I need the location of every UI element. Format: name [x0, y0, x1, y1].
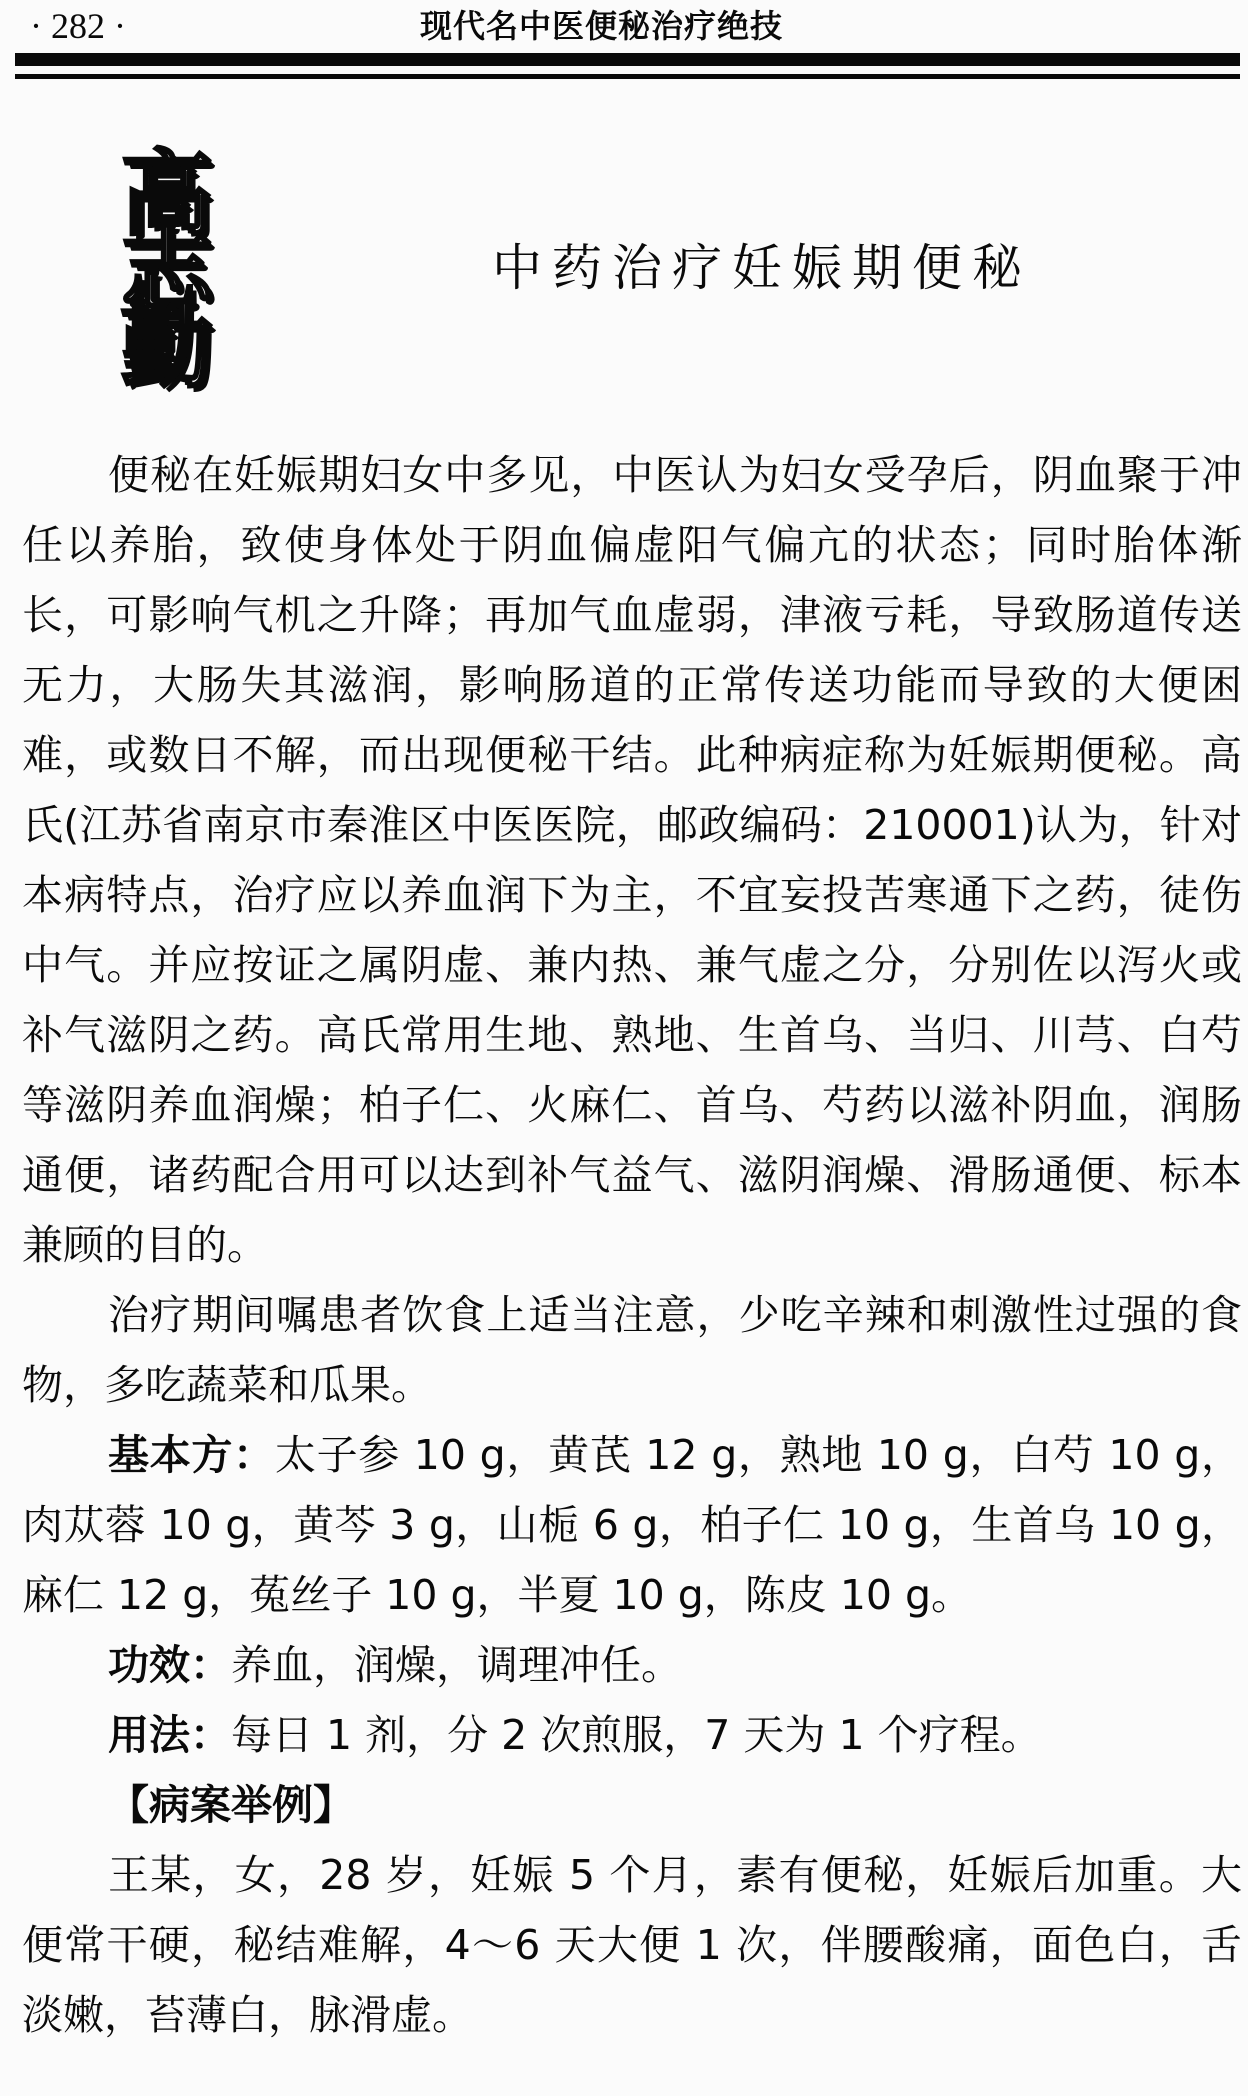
case-text: 王某，女，28 岁，妊娠 5 个月，素有便秘，妊娠后加重。大便常干硬，秘结难解，… [22, 1840, 1242, 2050]
efficacy-label: 功效： [108, 1641, 231, 1689]
formula-label: 基本方： [108, 1431, 275, 1479]
article-title: 中药治疗妊娠期便秘 [492, 236, 1032, 300]
usage-paragraph: 用法：每日 1 剂，分 2 次煎服，7 天为 1 个疗程。 [22, 1700, 1242, 1770]
book-title: 现代名中医便秘治疗绝技 [420, 4, 783, 48]
author-name-vertical: 高 志 勤 [112, 156, 222, 384]
formula-paragraph: 基本方：太子参 10 g，黄芪 12 g，熟地 10 g，白芍 10 g，肉苁蓉… [22, 1420, 1242, 1630]
author-char: 勤 [112, 308, 222, 384]
running-header: · 282 · 现代名中医便秘治疗绝技 [0, 0, 1248, 90]
paragraph: 治疗期间嘱患者饮食上适当注意，少吃辛辣和刺激性过强的食物，多吃蔬菜和瓜果。 [22, 1280, 1242, 1420]
case-heading: 【病案举例】 [22, 1770, 1242, 1840]
efficacy-paragraph: 功效：养血，润燥，调理冲任。 [22, 1630, 1242, 1700]
header-rule-thin [15, 74, 1240, 79]
page-number: · 282 · [30, 4, 126, 48]
paragraph: 便秘在妊娠期妇女中多见，中医认为妇女受孕后，阴血聚于冲任以养胎，致使身体处于阴血… [22, 440, 1242, 1280]
usage-label: 用法： [108, 1711, 231, 1759]
usage-text: 每日 1 剂，分 2 次煎服，7 天为 1 个疗程。 [231, 1711, 1042, 1759]
header-rule-thick [15, 53, 1240, 66]
article-body: 便秘在妊娠期妇女中多见，中医认为妇女受孕后，阴血聚于冲任以养胎，致使身体处于阴血… [22, 440, 1242, 2050]
efficacy-text: 养血，润燥，调理冲任。 [231, 1641, 682, 1689]
